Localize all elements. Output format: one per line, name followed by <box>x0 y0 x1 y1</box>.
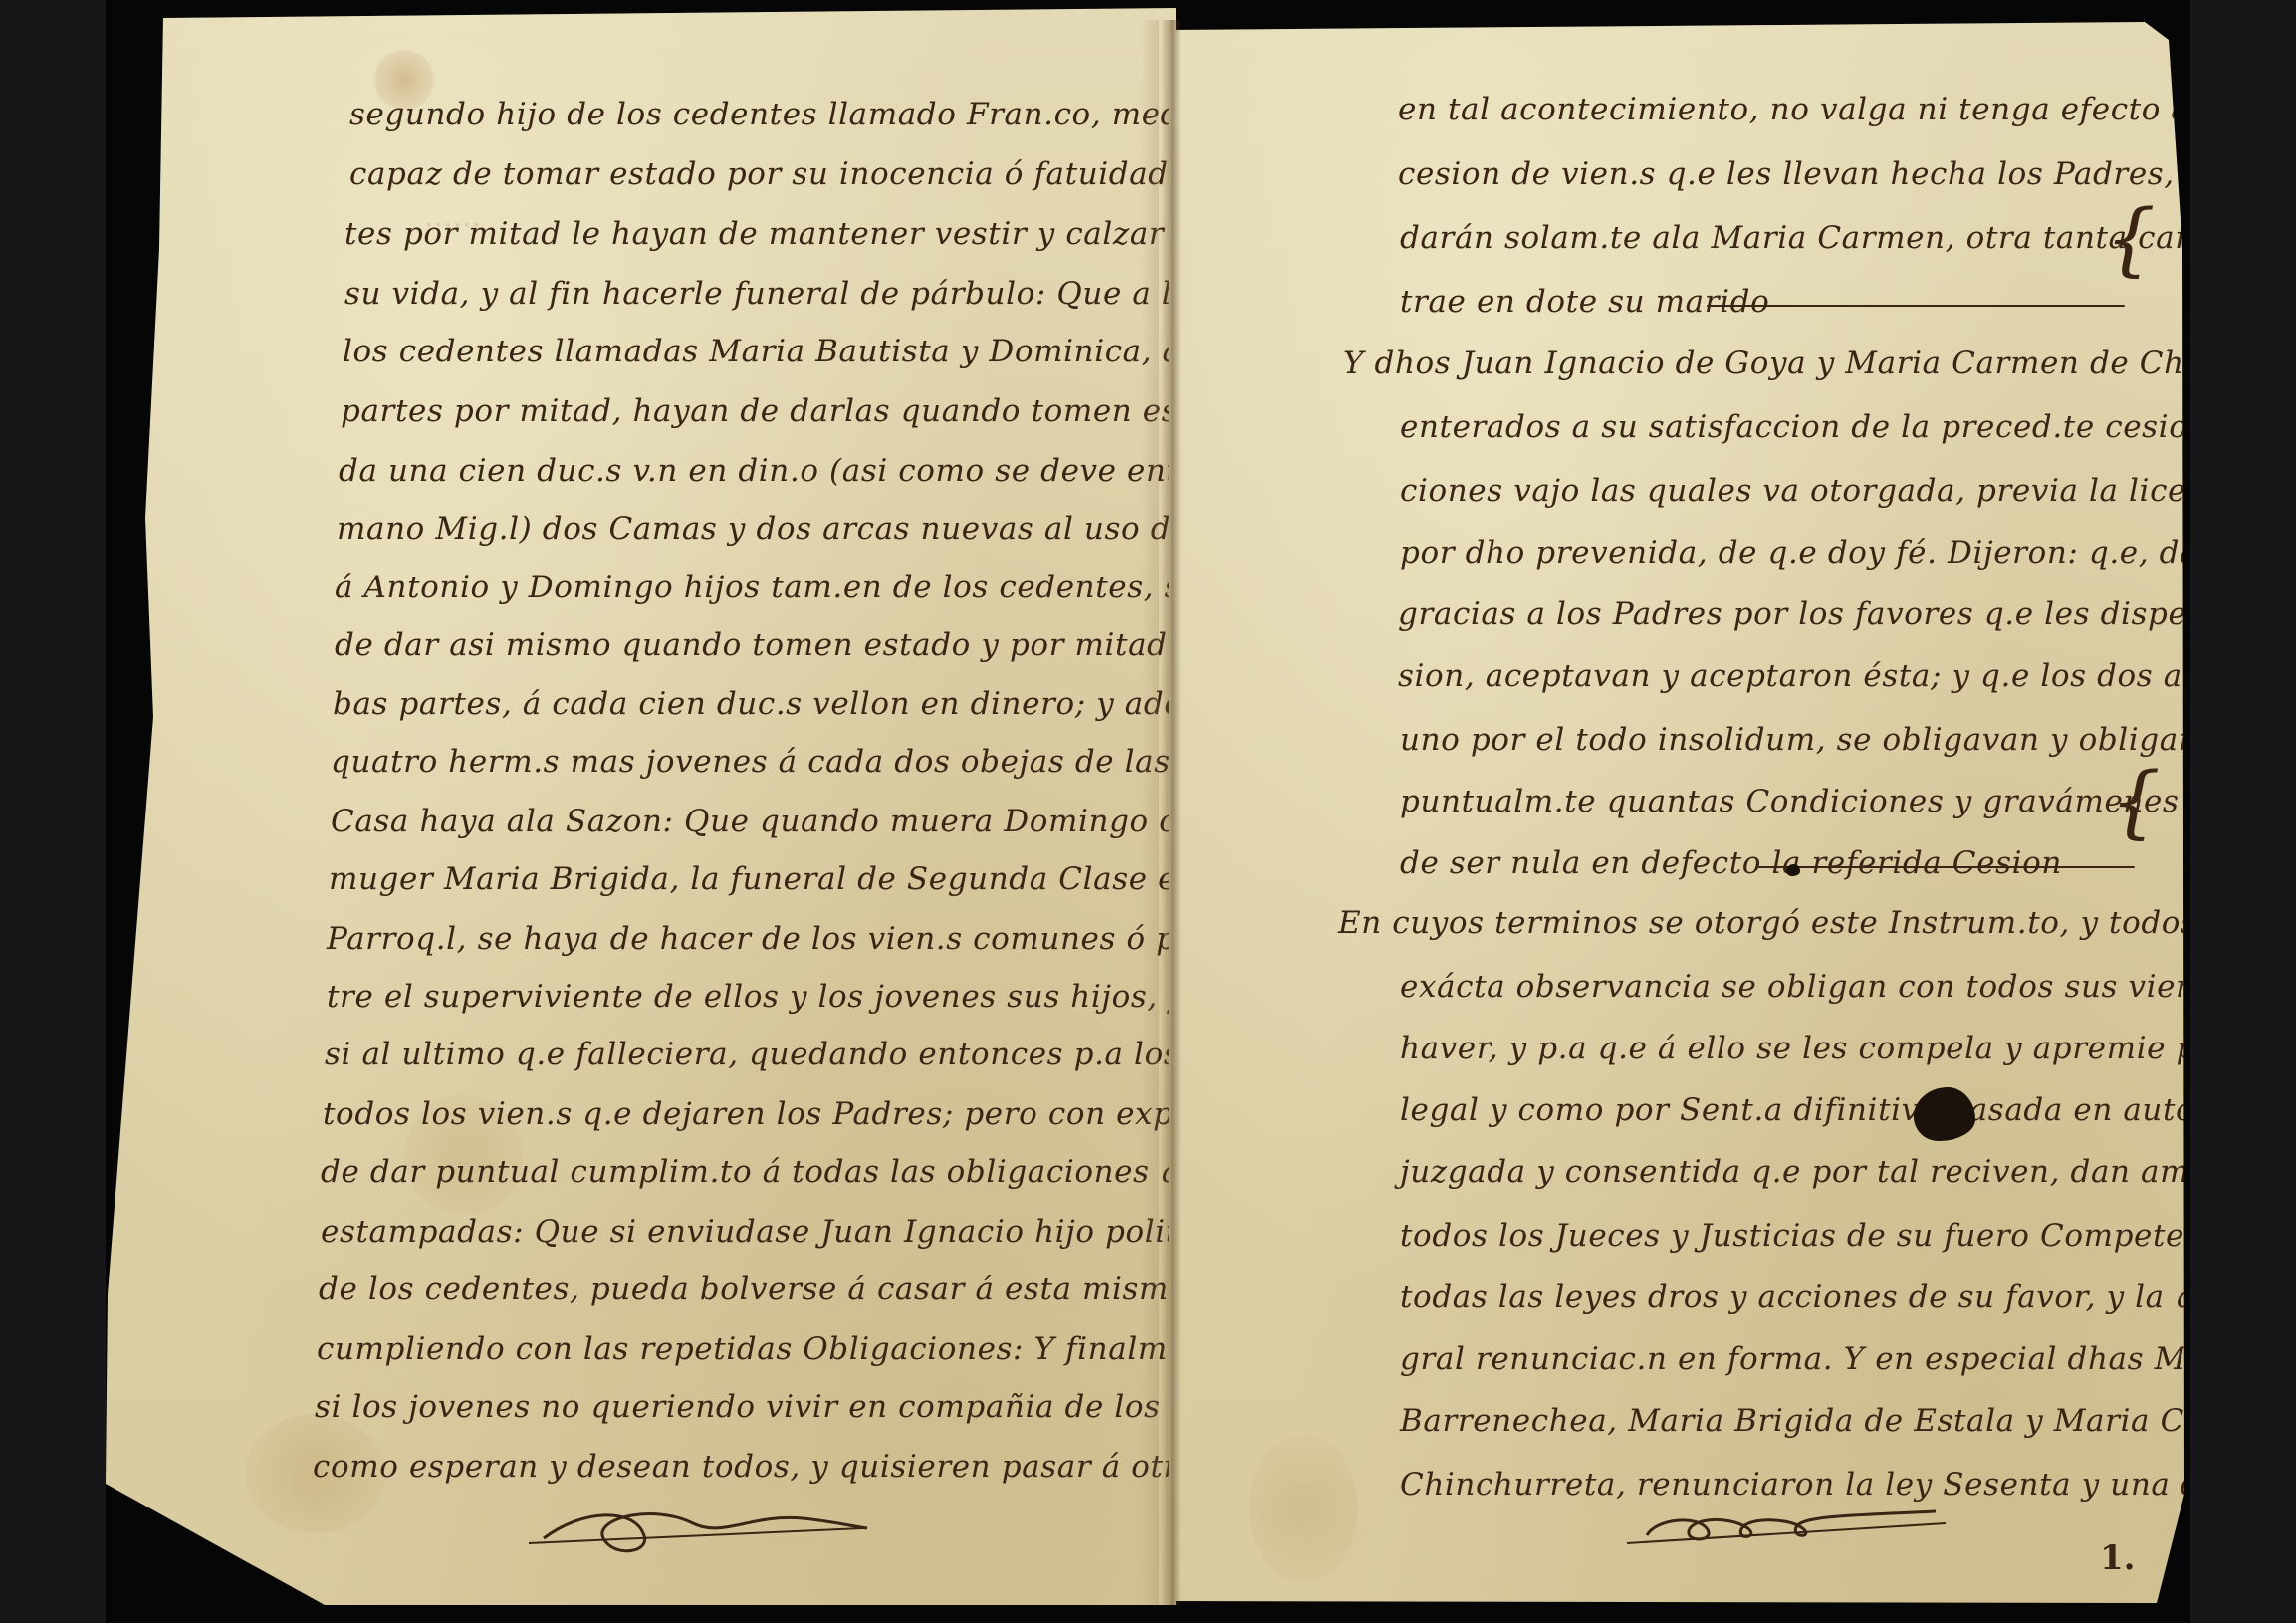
right-line-21: gral renunciac.n en forma. Y en especial… <box>1400 1344 2190 1375</box>
right-line-1: en tal acontecimiento, no valga ni tenga… <box>1398 95 2190 125</box>
right-line-5: Y dhos Juan Ignacio de Goya y Maria Carm… <box>1343 348 2190 379</box>
left-line-20: estampadas: Que si enviudase Juan Ignaci… <box>321 1217 1227 1248</box>
gutter-shadow <box>1141 20 1159 1605</box>
left-page: ...... segundo hijo de los cedentes llam… <box>106 0 1176 1623</box>
right-line-17: legal y como por Sent.a difinitiva pasad… <box>1400 1095 2190 1126</box>
right-line-12: puntualm.te quantas Condiciones y gravám… <box>1400 787 2190 817</box>
right-line-14: En cuyos terminos se otorgó este Instrum… <box>1338 908 2190 939</box>
ink-blot <box>1914 1087 1975 1141</box>
ink-blot <box>1786 864 1800 876</box>
right-line-13: de ser nula en defecto la referida Cesio… <box>1400 848 2062 879</box>
left-line-14: muger Maria Brigida, la funeral de Segun… <box>329 864 1275 895</box>
brace-mark: { <box>2110 762 2161 841</box>
right-page: en tal acontecimiento, no valga ni tenga… <box>1169 0 2188 1623</box>
right-line-18: juzgada y consentida q.e por tal reciven… <box>1400 1157 2190 1188</box>
left-line-23: si los jovenes no queriendo vivir en com… <box>315 1392 1281 1423</box>
left-line-22: cumpliendo con las repetidas Obligacione… <box>317 1334 1280 1365</box>
right-line-19: todos los Jueces y Justicias de su fuero… <box>1400 1221 2190 1252</box>
stain <box>1249 1434 1358 1583</box>
right-line-9: gracias a los Padres por los favores q.e… <box>1398 599 2190 630</box>
right-line-11: uno por el todo insolidum, se obligavan … <box>1400 725 2190 756</box>
right-line-22: Barrenechea, Maria Brigida de Estala y M… <box>1400 1406 2190 1437</box>
left-line-12: quatro herm.s mas jovenes á cada dos obe… <box>331 747 1280 778</box>
right-line-4: trae en dote su marido <box>1400 287 1769 318</box>
left-line-5: los cedentes llamadas Maria Bautista y D… <box>343 337 1267 367</box>
signature-flourish-icon <box>1617 1494 1955 1563</box>
right-line-15: exácta observancia se obligan con todos … <box>1400 972 2190 1003</box>
right-line-8: por dho prevenida, de q.e doy fé. Dijero… <box>1400 538 2190 569</box>
manuscript-image-viewer: ...... segundo hijo de los cedentes llam… <box>106 0 2190 1623</box>
brace-mark: { <box>2105 199 2156 279</box>
fill-rule <box>1756 866 2135 868</box>
right-line-10: sion, aceptavan y aceptaron ésta; y q.e … <box>1398 661 2190 692</box>
folio-mark: 1. <box>2100 1538 2136 1578</box>
right-line-7: ciones vajo las quales va otorgada, prev… <box>1400 476 2190 507</box>
right-line-3: darán solam.te ala Maria Carmen, otra ta… <box>1400 223 2190 254</box>
signature-flourish-icon <box>524 1489 882 1568</box>
right-line-20: todas las leyes dros y acciones de su fa… <box>1400 1282 2190 1313</box>
page-gutter-fold <box>1161 20 1181 1605</box>
fill-rule <box>1707 305 2125 307</box>
right-line-2: cesion de vien.s q.e les llevan hecha lo… <box>1398 159 2190 190</box>
left-line-13: Casa haya ala Sazon: Que quando muera Do… <box>331 807 1226 837</box>
right-line-16: haver, y p.a q.e á ello se les compela y… <box>1400 1034 2190 1064</box>
right-line-6: enterados a su satisfaccion de la preced… <box>1400 412 2190 443</box>
